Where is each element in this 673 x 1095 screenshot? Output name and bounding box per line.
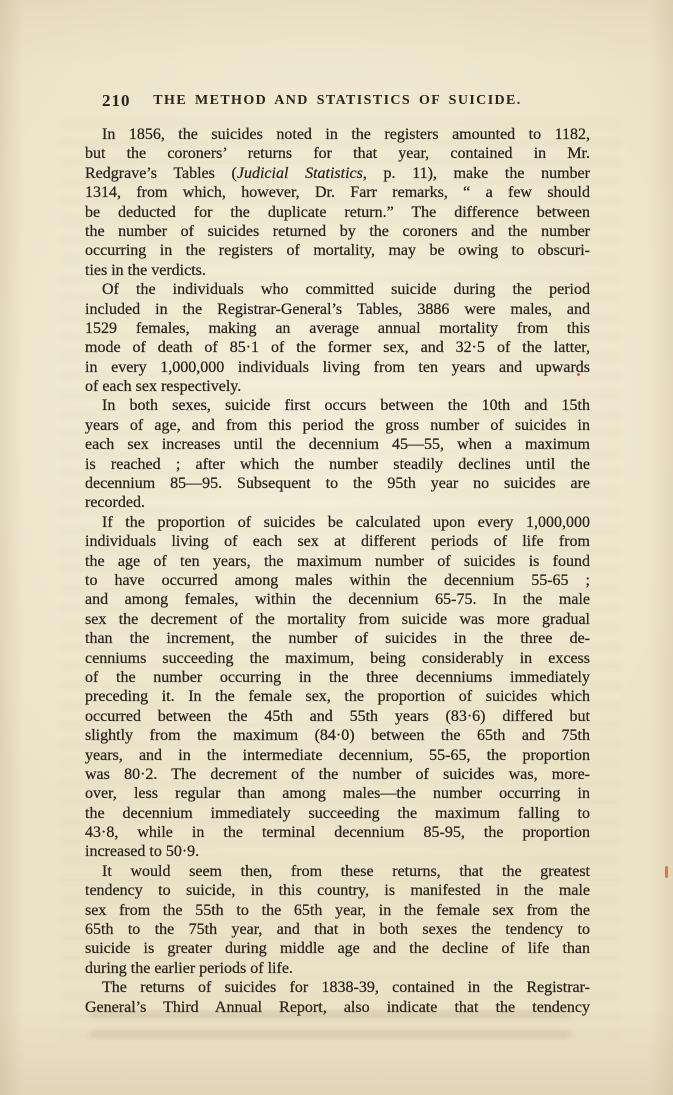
text-line: increased to 50·9.	[85, 842, 590, 861]
text-line: tendency to suicide, in this country, is…	[85, 881, 590, 900]
text-line: of the number occurring in the three dec…	[85, 668, 590, 687]
running-title: THE METHOD AND STATISTICS OF SUICIDE.	[85, 91, 590, 109]
text-line: occurred between the 45th and 55th years…	[85, 707, 590, 726]
text-line: It would seem then, from these returns, …	[85, 862, 590, 881]
text-line: and among females, within the decennium …	[85, 590, 590, 609]
text-line: in every 1,000,000 individuals living fr…	[85, 358, 590, 377]
page-number: 210	[102, 91, 131, 111]
text-line: recorded.	[85, 493, 590, 512]
text-line: each sex increases until the decennium 4…	[85, 435, 590, 454]
text-line: ties in the verdicts.	[85, 261, 590, 280]
text-line: If the proportion of suicides be calcula…	[85, 513, 590, 532]
text-line: 1529 females, making an average annual m…	[85, 319, 590, 338]
text-line: Of the individuals who committed suicide…	[85, 280, 590, 299]
text-line: was 80·2. The decrement of the number of…	[85, 765, 590, 784]
page-blemish-red	[577, 373, 580, 376]
text-line: In both sexes, suicide first occurs betw…	[85, 396, 590, 415]
text-line: the age of ten years, the maximum number…	[85, 552, 590, 571]
text-line: In 1856, the suicides noted in the regis…	[85, 125, 590, 144]
text-line: General’s Third Annual Report, also indi…	[85, 998, 590, 1017]
text-line: individuals living of each sex at differ…	[85, 532, 590, 551]
text-line: Redgrave’s Tables (Judicial Statistics, …	[85, 164, 590, 183]
text-line: during the earlier periods of life.	[85, 959, 590, 978]
text-line: cenniums succeeding the maximum, being c…	[85, 649, 590, 668]
body-text: In 1856, the suicides noted in the regis…	[85, 125, 590, 1017]
page-header: 210 THE METHOD AND STATISTICS OF SUICIDE…	[85, 91, 590, 111]
text-line: 1314, from which, however, Dr. Farr rema…	[85, 183, 590, 202]
text-line: than the increment, the number of suicid…	[85, 629, 590, 648]
text-line: to have occurred among males within the …	[85, 571, 590, 590]
text-line: occurring in the registers of mortality,…	[85, 241, 590, 260]
text-line: mode of death of 85·1 of the former sex,…	[85, 338, 590, 357]
text-line: is reached ; after which the number stea…	[85, 455, 590, 474]
page-blemish-orange	[665, 866, 668, 878]
scanned-page: 210 THE METHOD AND STATISTICS OF SUICIDE…	[0, 0, 673, 1095]
text-line: preceding it. In the female sex, the pro…	[85, 687, 590, 706]
text-line: The returns of suicides for 1838-39, con…	[85, 978, 590, 997]
text-line: but the coroners’ returns for that year,…	[85, 144, 590, 163]
text-line: slightly from the maximum (84·0) between…	[85, 726, 590, 745]
text-line: 43·8, while in the terminal decennium 85…	[85, 823, 590, 842]
text-line: sex the decrement of the mortality from …	[85, 610, 590, 629]
text-line: the number of suicides returned by the c…	[85, 222, 590, 241]
text-line: be deducted for the duplicate return.” T…	[85, 203, 590, 222]
text-line: decennium 85—95. Subsequent to the 95th …	[85, 474, 590, 493]
text-line: over, less regular than among males—the …	[85, 784, 590, 803]
text-line: years of age, and from this period the g…	[85, 416, 590, 435]
text-line: sex from the 55th to the 65th year, in t…	[85, 901, 590, 920]
text-line: the decennium immediately succeeding the…	[85, 804, 590, 823]
text-line: 65th to the 75th year, and that in both …	[85, 920, 590, 939]
text-line: suicide is greater during middle age and…	[85, 939, 590, 958]
text-line: years, and in the intermediate decennium…	[85, 746, 590, 765]
text-line: of each sex respectively.	[85, 377, 590, 396]
text-line: included in the Registrar-General’s Tabl…	[85, 300, 590, 319]
